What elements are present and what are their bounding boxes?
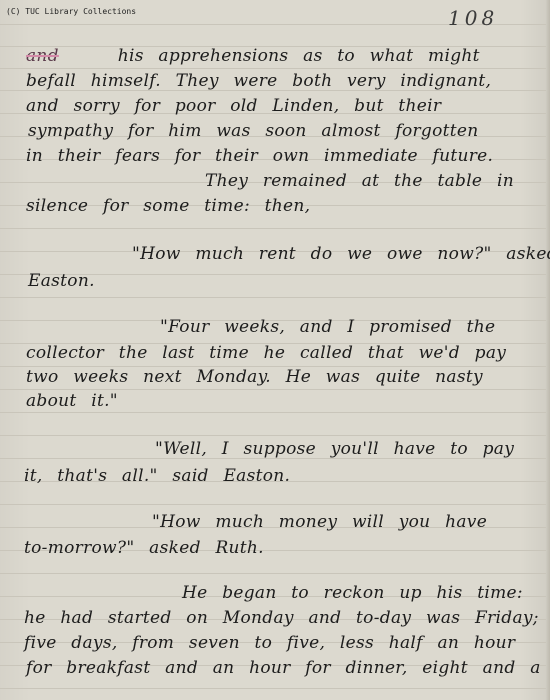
manuscript-line: five days, from seven to five, less half… xyxy=(24,633,515,653)
ruled-line xyxy=(0,297,550,298)
manuscript-line: He began to reckon up his time: xyxy=(182,583,523,603)
manuscript-line: "Well, I suppose you'll have to pay xyxy=(155,439,514,459)
copyright-watermark: (C) TUC Library Collections xyxy=(6,7,136,16)
manuscript-line: Easton. xyxy=(28,271,95,291)
manuscript-line: he had started on Monday and to-day was … xyxy=(24,608,539,628)
struck-word: and xyxy=(26,46,59,66)
manuscript-line: befall himself. They were both very indi… xyxy=(26,71,491,91)
manuscript-line: "How much rent do we owe now?" asked xyxy=(132,244,550,264)
ruled-line xyxy=(0,228,550,229)
manuscript-line: collector the last time he called that w… xyxy=(26,343,506,363)
ruled-line xyxy=(0,688,550,689)
page-edge xyxy=(546,0,550,700)
ruled-line xyxy=(0,68,550,69)
manuscript-page: (C) TUC Library Collections 108 and his … xyxy=(0,0,550,700)
manuscript-line: They remained at the table in xyxy=(205,171,514,191)
manuscript-line: two weeks next Monday. He was quite nast… xyxy=(26,367,483,387)
page-number: 108 xyxy=(448,6,498,30)
manuscript-line: and his apprehensions as to what might xyxy=(26,46,480,66)
ruled-line xyxy=(0,504,550,505)
manuscript-line: for breakfast and an hour for dinner, ei… xyxy=(26,658,541,678)
manuscript-line: and sorry for poor old Linden, but their xyxy=(26,96,441,116)
manuscript-line: about it." xyxy=(26,391,118,411)
line-text: his apprehensions as to what might xyxy=(118,46,480,66)
manuscript-line: sympathy for him was soon almost forgott… xyxy=(28,121,479,141)
manuscript-line: it, that's all." said Easton. xyxy=(24,466,290,486)
manuscript-line: silence for some time: then, xyxy=(26,196,310,216)
ruled-line xyxy=(0,389,550,390)
ruled-line xyxy=(0,435,550,436)
manuscript-line: in their fears for their own immediate f… xyxy=(26,146,493,166)
ruled-line xyxy=(0,573,550,574)
manuscript-line: to-morrow?" asked Ruth. xyxy=(24,538,264,558)
manuscript-line: "Four weeks, and I promised the xyxy=(160,317,495,337)
ruled-line xyxy=(0,412,550,413)
manuscript-line: "How much money will you have xyxy=(152,512,487,532)
